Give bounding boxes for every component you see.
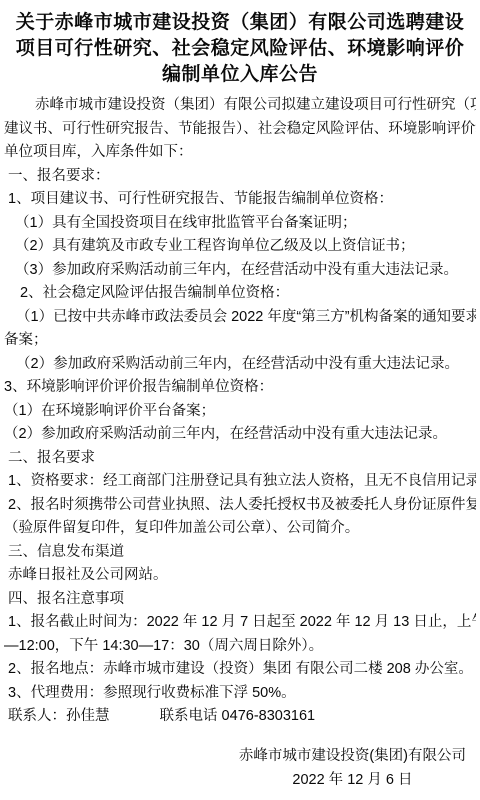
contact-line: 联系人：孙佳慧 联系电话 0476-8303161: [4, 705, 476, 729]
signature-block: 赤峰市城市建设投资(集团)有限公司 2022 年 12 月 6 日: [239, 744, 466, 792]
section-1-item-3-heading: 3、环境影响评价评价报告编制单位资格：: [4, 376, 476, 400]
intro-paragraph-line-2: 建议书、可行性研究报告、节能报告）、社会稳定风险评估、环境影响评价编制: [4, 118, 476, 142]
contact-person: 联系人：孙佳慧: [8, 708, 110, 724]
section-3-heading: 三、信息发布渠道: [4, 541, 476, 565]
section-1-item-2-sub-1-line-1: （1）已按中共赤峰市政法委员会 2022 年度“第三方”机构备案的通知要求: [4, 306, 476, 330]
section-4-item-2: 2、报名地点：赤峰市城市建设（投资）集团 有限公司二楼 208 办公室。: [4, 658, 476, 682]
section-1-item-1-heading: 1、项目建议书、可行性研究报告、节能报告编制单位资格：: [4, 188, 476, 212]
section-1-item-2-sub-2: （2）参加政府采购活动前三年内，在经营活动中没有重大违法记录。: [4, 353, 476, 377]
section-2-heading: 二、报名要求: [4, 447, 476, 471]
title-line-2: 项目可行性研究、社会稳定风险评估、环境影响评价: [10, 36, 470, 62]
section-1-item-3-sub-2: （2）参加政府采购活动前三年内，在经营活动中没有重大违法记录。: [4, 423, 476, 447]
section-4-item-3: 3、代理费用：参照现行收费标准下浮 50%。: [4, 682, 476, 706]
intro-paragraph-line-1: 赤峰市城市建设投资（集团）有限公司拟建立建设项目可行性研究（项目: [4, 94, 476, 118]
section-4-item-1-line-2: —12:00，下午 14:30—17：30（周六周日除外）。: [4, 635, 476, 659]
signature-date: 2022 年 12 月 6 日: [239, 768, 466, 792]
section-1-item-1-sub-3: （3）参加政府采购活动前三年内，在经营活动中没有重大违法记录。: [4, 259, 476, 283]
section-1-item-1-sub-1: （1）具有全国投资项目在线审批监管平台备案证明；: [4, 212, 476, 236]
signature-company: 赤峰市城市建设投资(集团)有限公司: [239, 744, 466, 768]
intro-paragraph-line-3: 单位项目库，入库条件如下：: [4, 141, 476, 165]
section-2-item-2-line-2: （验原件留复印件，复印件加盖公司公章）、公司简介。: [4, 517, 476, 541]
section-3-content: 赤峰日报社及公司网站。: [4, 564, 476, 588]
section-4-heading: 四、报名注意事项: [4, 588, 476, 612]
section-1-item-3-sub-1: （1）在环境影响评价平台备案；: [4, 400, 476, 424]
announcement-document: 关于赤峰市城市建设投资（集团）有限公司选聘建设 项目可行性研究、社会稳定风险评估…: [0, 0, 480, 800]
document-body: 赤峰市城市建设投资（集团）有限公司拟建立建设项目可行性研究（项目 建议书、可行性…: [4, 94, 476, 729]
section-1-item-2-sub-1-line-2: 备案；: [4, 329, 476, 353]
section-2-item-1: 1、资格要求：经工商部门注册登记具有独立法人资格，且无不良信用记录。: [4, 470, 476, 494]
section-2-item-2-line-1: 2、报名时须携带公司营业执照、法人委托授权书及被委托人身份证原件复印件: [4, 494, 476, 518]
section-1-item-2-heading: 2、社会稳定风险评估报告编制单位资格：: [4, 282, 476, 306]
section-1-item-1-sub-2: （2）具有建筑及市政专业工程咨询单位乙级及以上资信证书；: [4, 235, 476, 259]
contact-phone: 联系电话 0476-8303161: [160, 708, 316, 724]
section-4-item-1-line-1: 1、报名截止时间为：2022 年 12 月 7 日起至 2022 年 12 月 …: [4, 611, 476, 635]
section-1-heading: 一、报名要求：: [4, 165, 476, 189]
document-title: 关于赤峰市城市建设投资（集团）有限公司选聘建设 项目可行性研究、社会稳定风险评估…: [10, 10, 470, 88]
title-line-1: 关于赤峰市城市建设投资（集团）有限公司选聘建设: [10, 10, 470, 36]
title-line-3: 编制单位入库公告: [10, 62, 470, 88]
